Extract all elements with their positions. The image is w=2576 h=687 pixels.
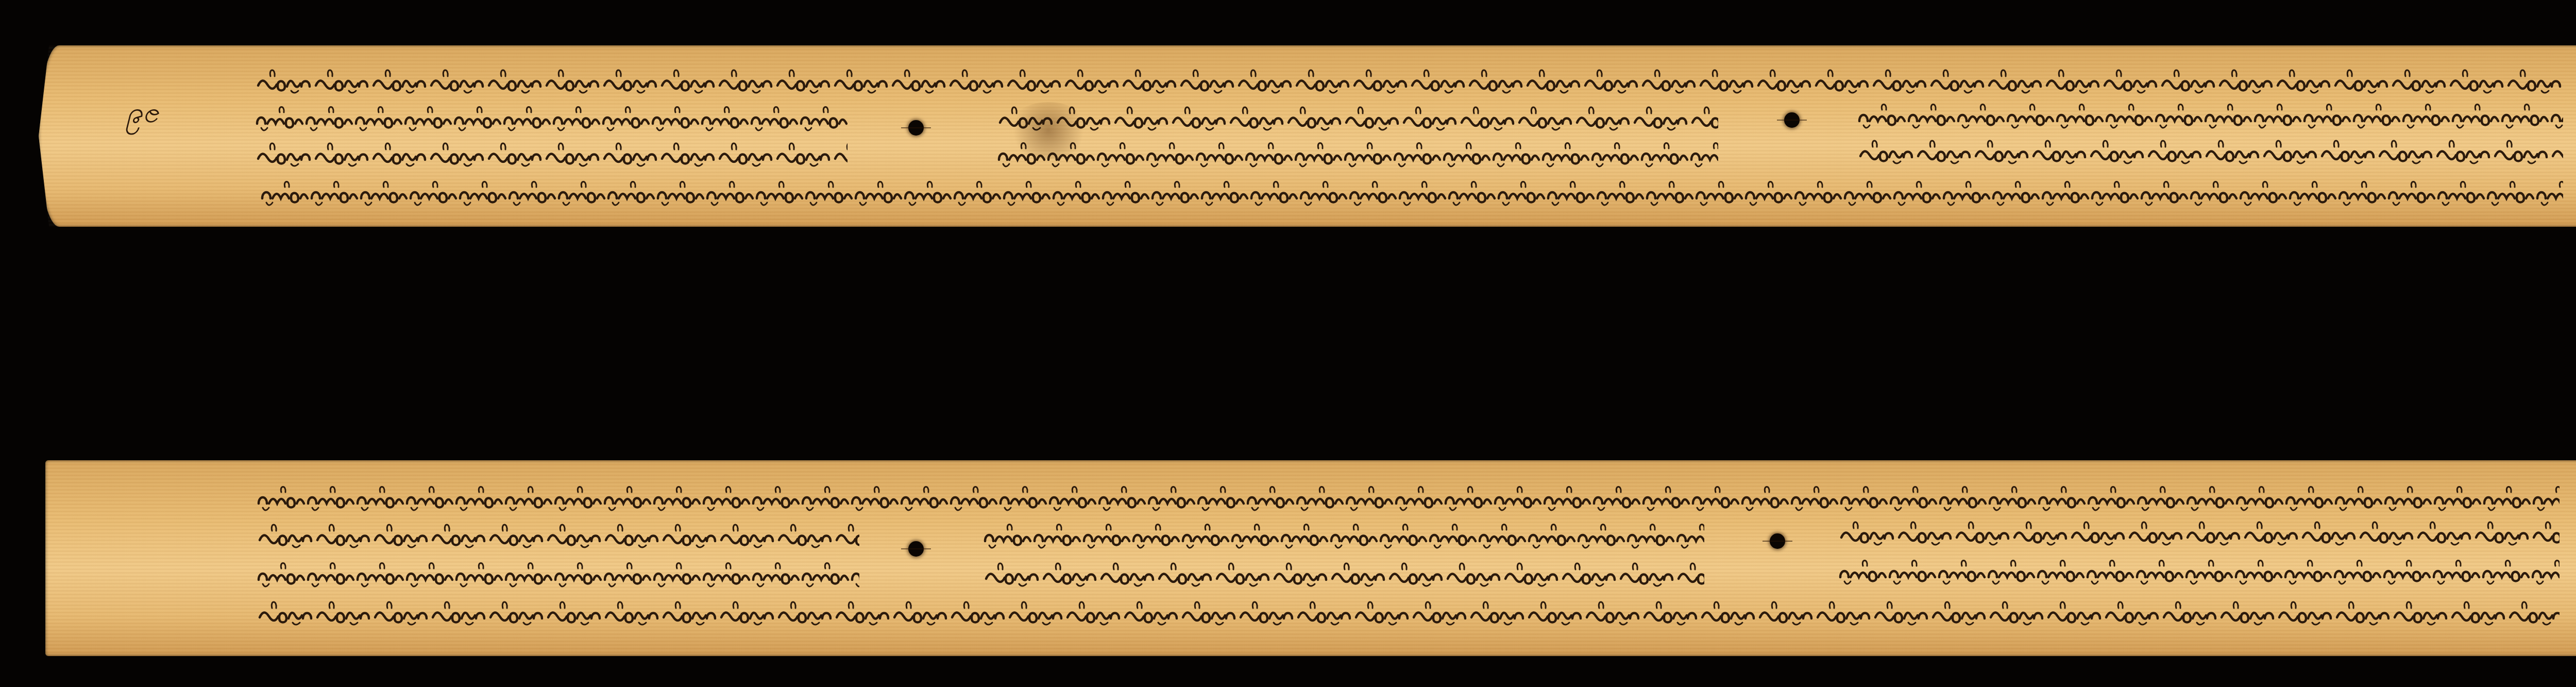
binding-hole-right <box>1784 112 1800 128</box>
binding-hole-left <box>908 120 924 136</box>
leaf-number-mark: ၉ၔ <box>126 94 159 137</box>
text-line-1 <box>255 65 2563 95</box>
text-line-2-center <box>983 520 1704 549</box>
text-line-3-right <box>1838 556 2560 585</box>
text-line-1 <box>257 482 2560 512</box>
binding-hole-left <box>908 541 924 557</box>
manuscript-leaf-2 <box>45 460 2576 656</box>
text-line-2-right <box>1857 99 2563 129</box>
text-line-3-center <box>983 558 1704 588</box>
binding-hole-right <box>1770 533 1785 549</box>
text-line-2-left <box>257 520 859 549</box>
text-line-3-left <box>257 558 859 588</box>
text-line-2-center <box>997 102 1718 132</box>
text-line-4 <box>257 597 2560 627</box>
text-line-2-right <box>1838 517 2560 547</box>
text-line-3-left <box>255 138 848 168</box>
text-line-3-right <box>1857 136 2563 165</box>
text-line-4 <box>260 177 2563 207</box>
manuscript-leaf-1: ၉ၔ <box>39 45 2576 227</box>
text-line-2-left <box>255 102 848 132</box>
text-line-3-center <box>997 138 1718 168</box>
